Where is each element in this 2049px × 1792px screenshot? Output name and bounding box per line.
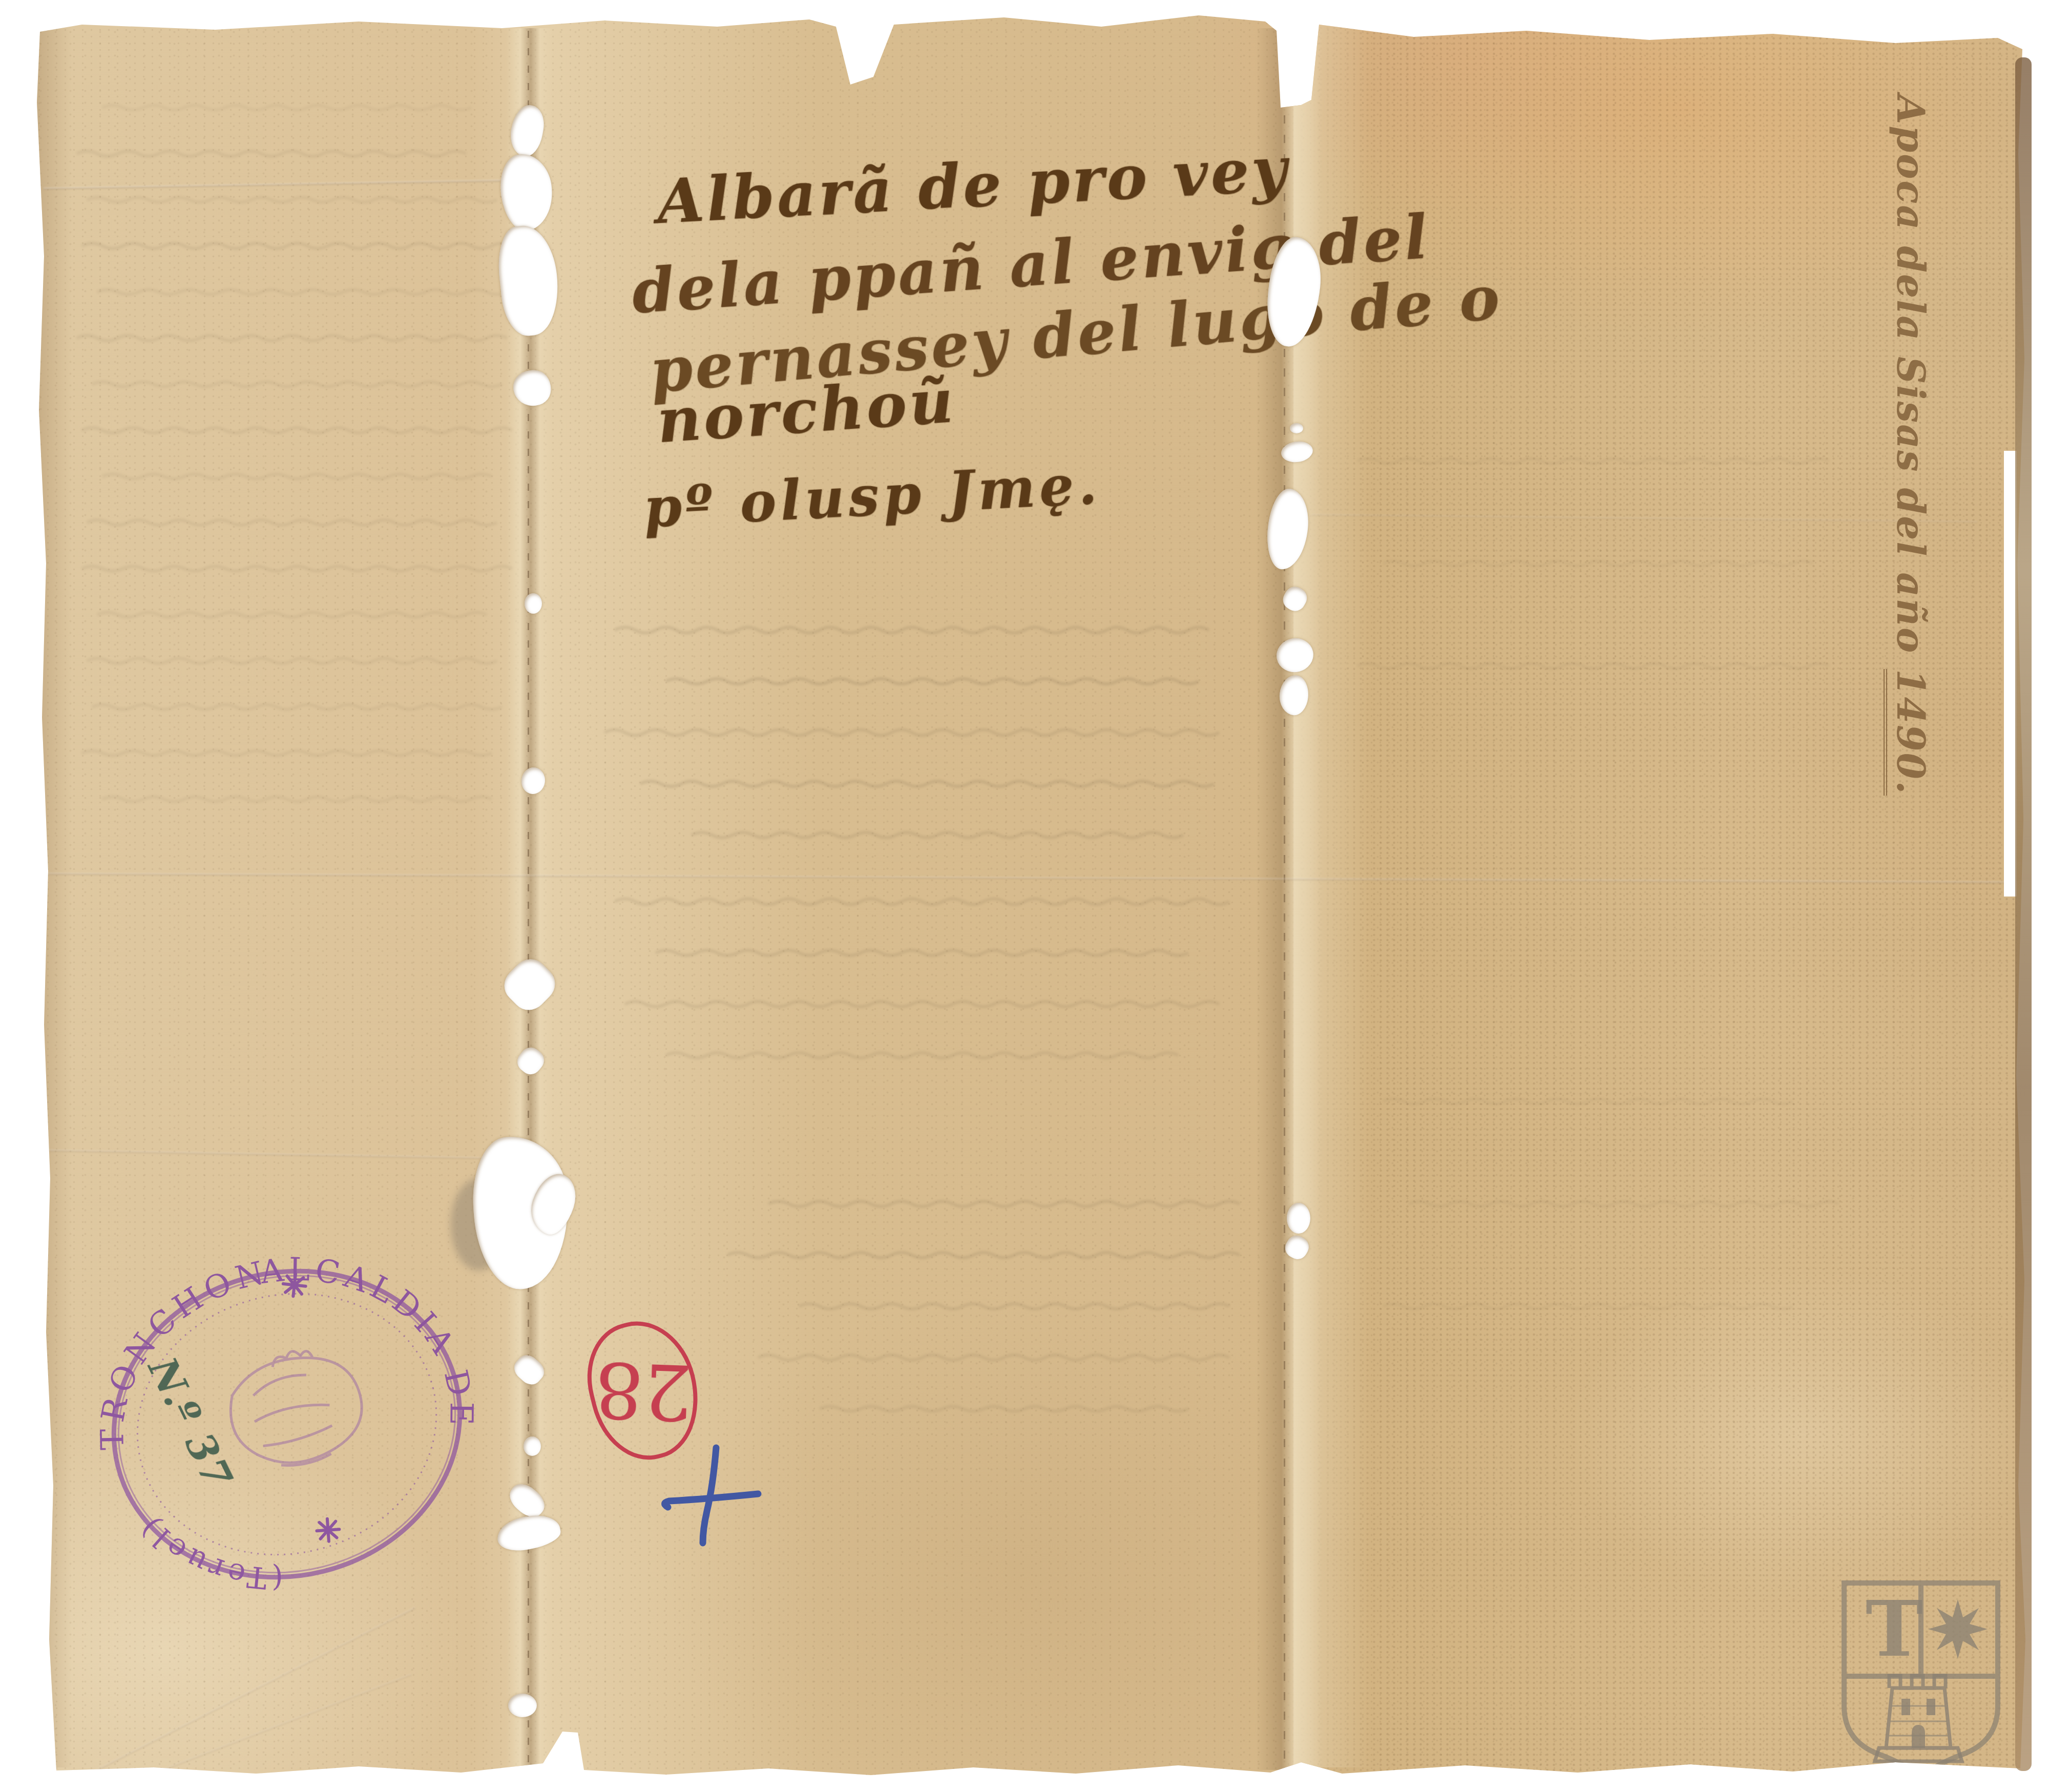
parchment-sheet: Albarã de pro vey dela ppañ al envig del… — [0, 0, 2049, 1792]
side-annotation-vertical: Apoca dela Sisas del año 1490. — [1888, 95, 1932, 796]
side-annotation-year: 1490. — [1884, 669, 1932, 796]
red-number-value: 28 — [593, 1344, 694, 1437]
worm-hole — [525, 593, 542, 614]
worm-hole — [508, 1694, 537, 1717]
side-annotation-text: Apoca dela Sisas del año — [1888, 95, 1932, 669]
worm-hole — [1287, 1203, 1310, 1234]
folded-page-edge — [2015, 57, 2032, 1771]
worm-hole — [1290, 423, 1303, 433]
left-edge-shading — [36, 26, 72, 1767]
worm-hole — [524, 1436, 541, 1456]
scanned-document: Albarã de pro vey dela ppañ al envig del… — [0, 0, 2049, 1792]
